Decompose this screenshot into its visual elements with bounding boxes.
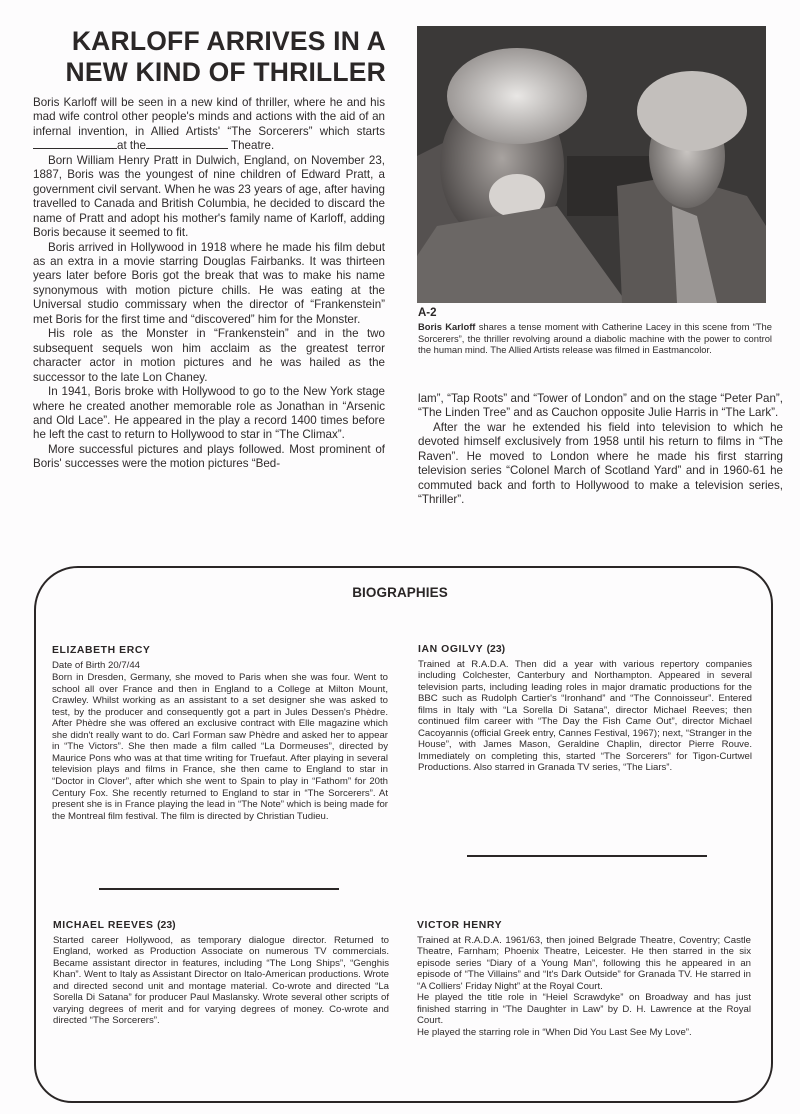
- bio-name: VICTOR HENRY: [417, 920, 751, 932]
- bio-michael-reeves: MICHAEL REEVES (23) Started career Holly…: [53, 920, 389, 1027]
- caption-bold-name: Boris Karloff: [418, 321, 475, 332]
- article-paragraph: After the war he extended his field into…: [418, 421, 783, 508]
- bio-text: Trained at R.A.D.A. Then did a year with…: [418, 659, 752, 774]
- biographies-title: BIOGRAPHIES: [0, 585, 800, 600]
- bio-text: He played the title role in “Heiel Scraw…: [417, 992, 751, 1027]
- photo-caption: Boris Karloff shares a tense moment with…: [418, 321, 772, 356]
- bio-name: IAN OGILVY (23): [418, 644, 752, 656]
- bio-name: MICHAEL REEVES (23): [53, 920, 389, 932]
- bio-elizabeth-ercy: ELIZABETH ERCY Date of Birth 20/7/44 Bor…: [52, 645, 388, 822]
- separator-rule: [99, 888, 339, 890]
- article-column-left: Boris Karloff will be seen in a new kind…: [33, 96, 385, 472]
- article-paragraph: Born William Henry Pratt in Dulwich, Eng…: [33, 154, 385, 241]
- intro-text-at: at the: [117, 139, 146, 152]
- article-paragraph: In 1941, Boris broke with Hollywood to g…: [33, 385, 385, 443]
- intro-text-theatre: Theatre.: [231, 139, 274, 152]
- bio-date-of-birth: Date of Birth 20/7/44: [52, 660, 388, 672]
- bio-text: He played the starring role in “When Did…: [417, 1027, 751, 1039]
- bio-age: (23): [157, 920, 175, 931]
- photo-image-icon: [417, 26, 766, 303]
- bio-age: (23): [487, 644, 505, 655]
- bio-text: Trained at R.A.D.A. 1961/63, then joined…: [417, 935, 751, 993]
- article-paragraph: His role as the Monster in “Frankenstein…: [33, 327, 385, 385]
- film-still-photo: [417, 26, 766, 303]
- article-headline: KARLOFF ARRIVES IN A NEW KIND OF THRILLE…: [30, 26, 386, 88]
- article-column-right: lam”, “Tap Roots” and “Tower of London” …: [418, 392, 783, 508]
- photo-id: A-2: [418, 307, 437, 319]
- article-paragraph: lam”, “Tap Roots” and “Tower of London” …: [418, 392, 783, 421]
- bio-text: Started career Hollywood, as temporary d…: [53, 935, 389, 1027]
- article-paragraph: More successful pictures and plays follo…: [33, 443, 385, 472]
- date-blank-line: [33, 139, 117, 149]
- bio-name: ELIZABETH ERCY: [52, 645, 388, 657]
- separator-rule: [467, 855, 707, 857]
- intro-text: Boris Karloff will be seen in a new kind…: [33, 96, 385, 138]
- article-paragraph: Boris arrived in Hollywood in 1918 where…: [33, 241, 385, 328]
- bio-victor-henry: VICTOR HENRY Trained at R.A.D.A. 1961/63…: [417, 920, 751, 1038]
- theatre-blank-line: [146, 139, 228, 149]
- article-intro: Boris Karloff will be seen in a new kind…: [33, 96, 385, 154]
- bio-ian-ogilvy: IAN OGILVY (23) Trained at R.A.D.A. Then…: [418, 644, 752, 774]
- bio-text: Born in Dresden, Germany, she moved to P…: [52, 672, 388, 822]
